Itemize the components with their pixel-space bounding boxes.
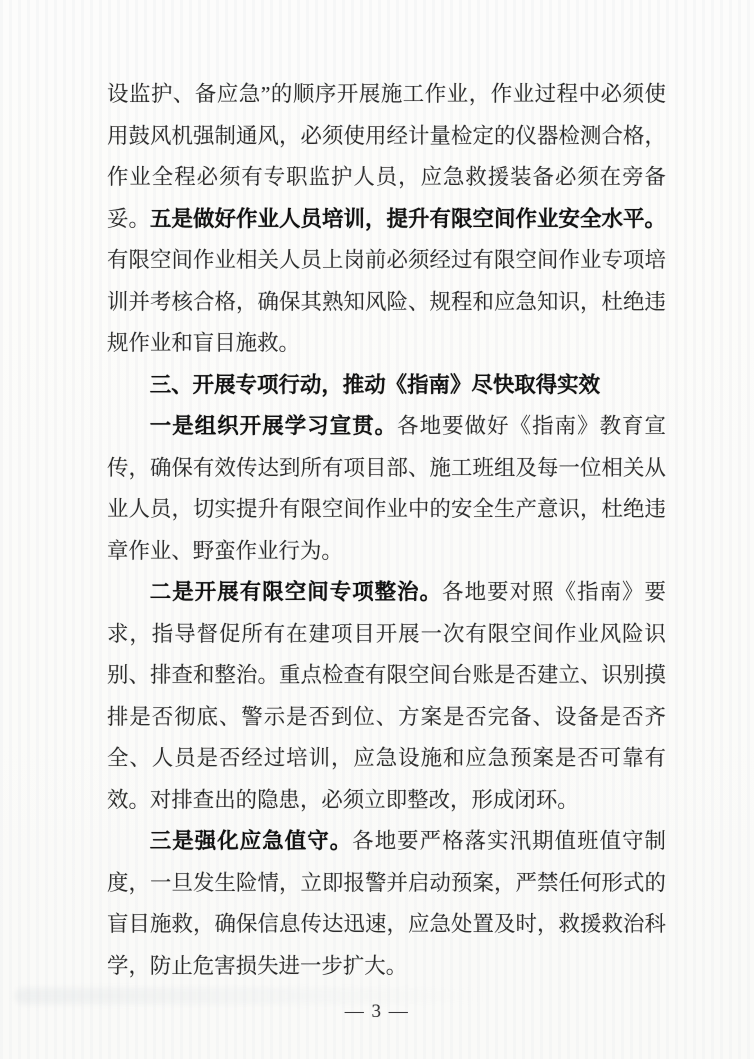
para-point-three: 三是强化应急值守。各地要严格落实汛期值班值守制度，一旦发生险情，立即报警并启动预… [107,821,666,987]
bold-segment: 五是做好作业人员培训，提升有限空间作业安全水平。 [150,207,666,231]
bold-segment: 一是组织开展学习宣贯。 [150,414,397,438]
bold-segment: 二是开展有限空间专项整治。 [150,580,442,604]
document-text-block: 设监护、备应急”的顺序开展施工作业，作业过程中必须使用鼓风机强制通风，必须使用经… [107,74,666,987]
text-segment: 有限空间作业相关人员上岗前必须经过有限空间作业专项培训并考核合格，确保其熟知风险… [107,248,666,355]
bold-segment: 三、开展专项行动，推动《指南》尽快取得实效 [150,373,600,397]
para-point-one: 一是组织开展学习宣贯。各地要做好《指南》教育宣传，确保有效传达到所有项目部、施工… [107,406,666,572]
para-point-two: 二是开展有限空间专项整治。各地要对照《指南》要求，指导督促所有在建项目开展一次有… [107,572,666,821]
bold-segment: 三是强化应急值守。 [150,829,352,853]
page-number: — 3 — [0,1001,754,1023]
scanned-document-page: { "page": { "background_color": "#fbfbfa… [0,0,754,1059]
text-segment: 各地要对照《指南》要求，指导督促所有在建项目开展一次有限空间作业风险识别、排查和… [107,580,666,812]
section-heading-three: 三、开展专项行动，推动《指南》尽快取得实效 [107,365,666,407]
para-continued-from-previous-page: 设监护、备应急”的顺序开展施工作业，作业过程中必须使用鼓风机强制通风，必须使用经… [107,74,666,365]
